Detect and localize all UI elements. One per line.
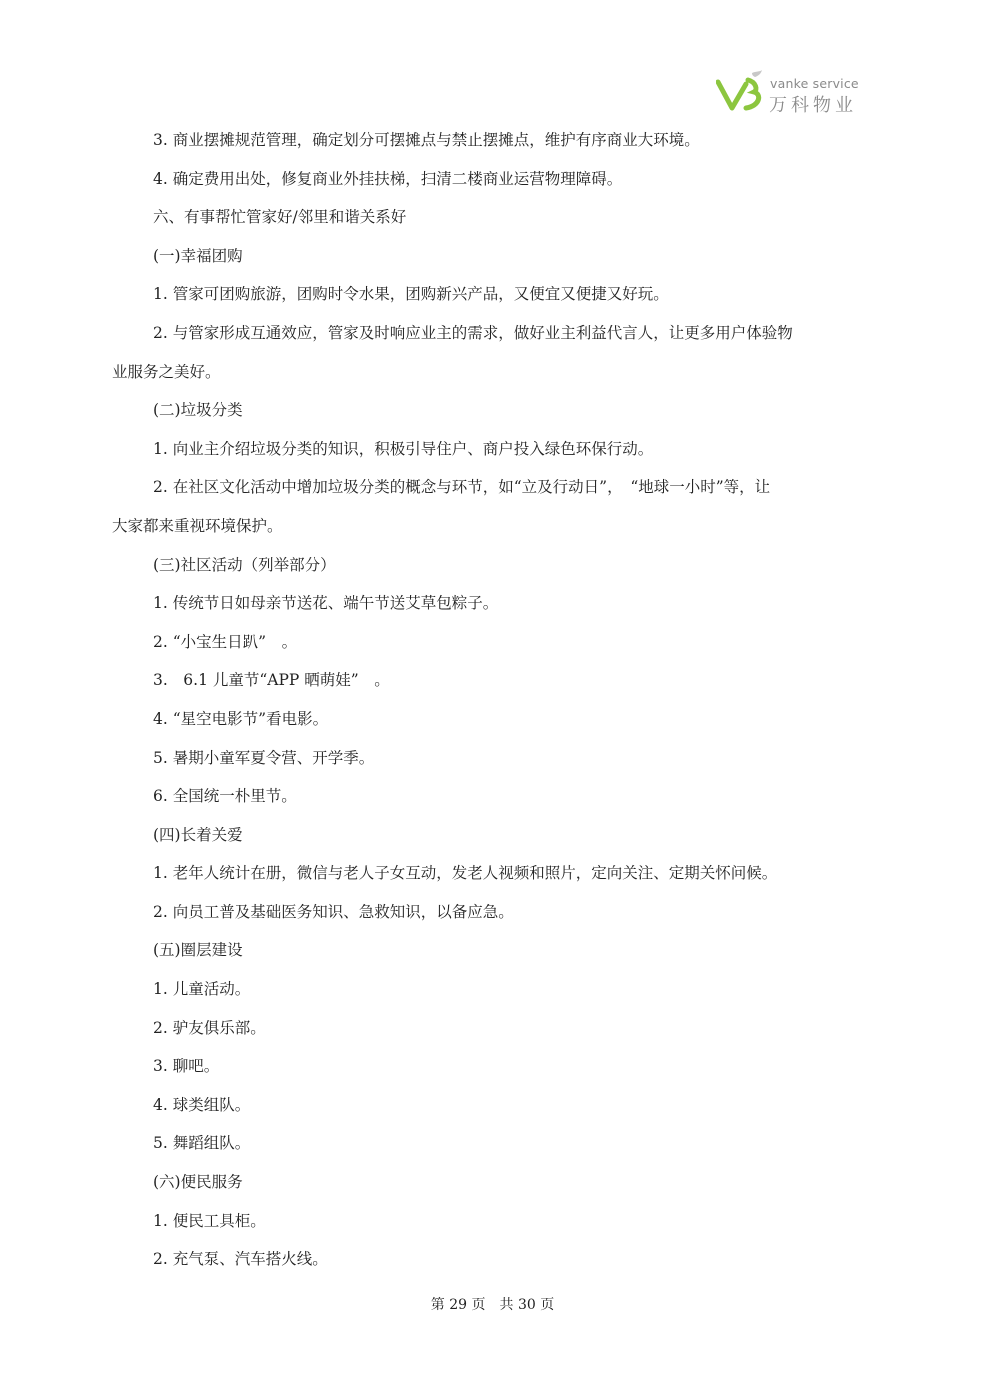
page-number-footer: 第 29 页 共 30 页	[0, 1294, 985, 1314]
list-item: 4. 球类组队。	[112, 1086, 872, 1125]
list-item: 2. 与管家形成互通效应，管家及时响应业主的需求，做好业主利益代言人，让更多用户…	[112, 314, 872, 353]
list-item-continuation: 业服务之美好。	[112, 353, 872, 392]
subsection-heading: (三)社区活动（列举部分）	[112, 546, 872, 585]
section-heading: 六、有事帮忙管家好/邻里和谐关系好	[112, 198, 872, 237]
document-page: vanke service 万科物业 3. 商业摆摊规范管理，确定划分可摆摊点与…	[0, 0, 985, 1393]
list-item: 2. 在社区文化活动中增加垃圾分类的概念与环节，如“立及行动日”， “地球一小时…	[112, 468, 872, 507]
list-item: 2. “小宝生日趴” 。	[112, 623, 872, 662]
list-item: 3. 6.1 儿童节“APP 晒萌娃” 。	[112, 661, 872, 700]
list-item: 1. 向业主介绍垃圾分类的知识，积极引导住户、商户投入绿色环保行动。	[112, 430, 872, 469]
logo-brand-cn: 万科物业	[769, 91, 857, 117]
list-item: 2. 驴友俱乐部。	[112, 1009, 872, 1048]
list-item: 6. 全国统一朴里节。	[112, 777, 872, 816]
logo-brand-en: vanke service	[770, 76, 859, 91]
list-item: 5. 舞蹈组队。	[112, 1124, 872, 1163]
list-item: 1. 便民工具柜。	[112, 1202, 872, 1241]
list-item-continuation: 大家都来重视环境保护。	[112, 507, 872, 546]
list-item: 1. 管家可团购旅游，团购时令水果，团购新兴产品，又便宜又便捷又好玩。	[112, 275, 872, 314]
subsection-heading: (四)长着关爱	[112, 816, 872, 855]
subsection-heading: (五)圈层建设	[112, 931, 872, 970]
vanke-service-logo: vanke service 万科物业	[716, 70, 866, 118]
list-item: 1. 传统节日如母亲节送花、端午节送艾草包粽子。	[112, 584, 872, 623]
list-item: 2. 向员工普及基础医务知识、急救知识，以备应急。	[112, 893, 872, 932]
list-item: 3. 商业摆摊规范管理，确定划分可摆摊点与禁止摆摊点，维护有序商业大环境。	[112, 121, 872, 160]
subsection-heading: (六)便民服务	[112, 1163, 872, 1202]
vanke-vs-logo-icon	[716, 70, 768, 118]
list-item: 4. 确定费用出处，修复商业外挂扶梯，扫清二楼商业运营物理障碍。	[112, 160, 872, 199]
list-item: 1. 老年人统计在册，微信与老人子女互动，发老人视频和照片，定向关注、定期关怀问…	[112, 854, 872, 893]
subsection-heading: (一)幸福团购	[112, 237, 872, 276]
list-item: 1. 儿童活动。	[112, 970, 872, 1009]
list-item: 4. “星空电影节”看电影。	[112, 700, 872, 739]
list-item: 2. 充气泵、汽车搭火线。	[112, 1240, 872, 1279]
subsection-heading: (二)垃圾分类	[112, 391, 872, 430]
list-item: 3. 聊吧。	[112, 1047, 872, 1086]
document-body: 3. 商业摆摊规范管理，确定划分可摆摊点与禁止摆摊点，维护有序商业大环境。 4.…	[112, 121, 872, 1279]
list-item: 5. 暑期小童军夏令营、开学季。	[112, 739, 872, 778]
